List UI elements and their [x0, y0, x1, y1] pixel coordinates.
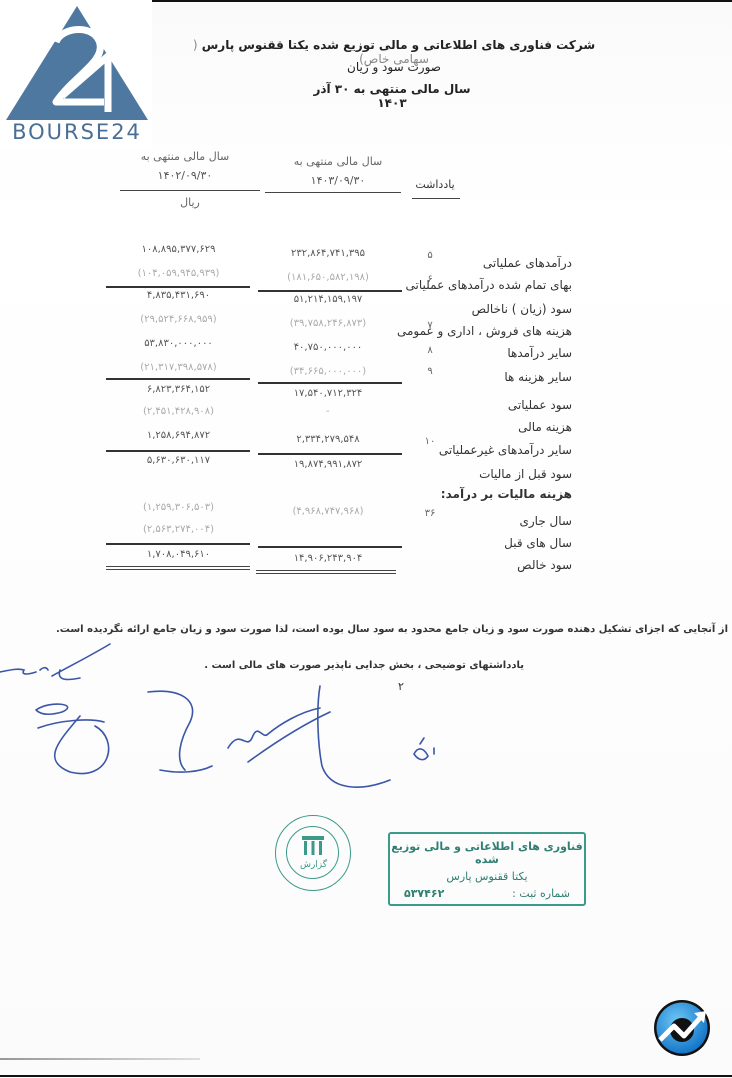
logo-text: BOURSE24 — [2, 120, 152, 144]
bottom-border — [0, 1075, 732, 1077]
row-note: ۳۶ — [410, 508, 450, 519]
stamp-line-1: فناوری های اطلاعاتی و مالی توزیع شده — [390, 840, 584, 866]
row-note: ۹ — [410, 366, 450, 377]
subtotal-rule-current — [258, 546, 402, 548]
row-label: درآمدهای عملیاتی — [483, 256, 572, 270]
row-previous: (۱,۲۵۹,۳۰۶,۵۰۳) — [106, 502, 251, 513]
row-previous-net-profit: ۱,۷۰۸,۰۴۹,۶۱۰ — [106, 549, 251, 560]
signatures-icon — [0, 630, 480, 800]
row-previous: ۱۰۸,۸۹۵,۳۷۷,۶۲۹ — [106, 244, 251, 255]
stamp-line-3: شماره ثبت : ۵۳۷۴۶۲ — [390, 887, 584, 900]
auditor-round-stamp: گزارش — [275, 815, 351, 891]
row-current: ۲۳۲,۸۶۴,۷۴۱,۳۹۵ — [258, 248, 398, 259]
row-previous: (۱۰۴,۰۵۹,۹۴۵,۹۳۹) — [106, 268, 251, 279]
statement-title: صورت سود و زیان — [324, 60, 464, 74]
row-label-tax-heading: هزینه مالیات بر درآمد: — [441, 487, 572, 501]
row-note: ۸ — [410, 345, 450, 356]
subtotal-rule-previous — [106, 286, 250, 288]
row-previous: ۱,۲۵۸,۶۹۴,۸۷۲ — [106, 430, 251, 441]
row-label: سایر درآمدهای غیرعملیاتی — [439, 443, 572, 457]
row-previous: ۶,۸۲۳,۳۶۴,۱۵۲ — [106, 384, 251, 395]
row-previous: (۲۹,۵۲۴,۶۶۸,۹۵۹) — [106, 314, 251, 325]
row-previous: (۲,۵۶۳,۲۷۴,۰۰۴) — [106, 524, 251, 535]
row-previous: ۵,۶۳۰,۶۳۰,۱۱۷ — [106, 455, 251, 466]
current-year-title: سال مالی منتهی به — [294, 155, 383, 168]
growth-chart-badge-icon — [652, 998, 712, 1058]
stamp-inner-ring: گزارش — [286, 826, 339, 879]
row-label: سال جاری — [519, 514, 572, 528]
stamp-line-2: یکتا ققنوس پارس — [390, 870, 584, 883]
subtotal-rule-previous — [106, 450, 250, 452]
total-double-rule-previous — [106, 566, 250, 570]
top-border — [152, 0, 732, 2]
total-double-rule-current — [256, 570, 396, 574]
row-current: (۴,۹۶۸,۷۴۷,۹۶۸) — [258, 506, 398, 517]
scan-shadow — [0, 1058, 200, 1060]
row-current: - — [258, 406, 398, 417]
row-previous: ۴,۸۳۵,۴۳۱,۶۹۰ — [106, 290, 251, 301]
row-current: (۳۴,۶۶۵,۰۰۰,۰۰۰) — [258, 366, 398, 377]
auditor-emblem-icon — [301, 835, 325, 857]
stamp-word: گزارش — [287, 860, 340, 870]
company-rect-stamp: فناوری های اطلاعاتی و مالی توزیع شده یکت… — [388, 832, 586, 906]
row-current: ۱۹,۸۷۴,۹۹۱,۸۷۲ — [258, 459, 398, 470]
header-rule-previous — [120, 190, 260, 191]
row-note: ۷ — [410, 320, 450, 331]
row-current: (۱۸۱,۶۵۰,۵۸۲,۱۹۸) — [258, 272, 398, 283]
row-current: ۱۷,۵۴۰,۷۱۲,۳۲۴ — [258, 388, 398, 399]
stamp-reg-number: ۵۳۷۴۶۲ — [404, 887, 444, 900]
triangle-24-icon — [4, 4, 150, 122]
row-label: هزینه مالی — [518, 420, 572, 434]
row-previous: (۲,۴۵۱,۴۲۸,۹۰۸) — [106, 406, 251, 417]
row-current: ۲,۳۳۴,۲۷۹,۵۴۸ — [258, 434, 398, 445]
subtotal-rule-current — [258, 453, 402, 455]
row-label: سایر هزینه ها — [504, 370, 572, 384]
row-label: سال های قبل — [504, 536, 572, 550]
subtotal-rule-current — [258, 382, 402, 384]
period-title: سال مالی منتهی به ۳۰ آذر ۱۴۰۳ — [302, 82, 482, 110]
row-note: ۱۰ — [410, 436, 450, 447]
document-page: BOURSE24 شرکت فناوری های اطلاعاتی و مالی… — [0, 0, 732, 1078]
row-label: سود (زیان ) ناخالص — [472, 302, 572, 316]
row-note: ۵ — [410, 250, 450, 261]
unit-label: ریال — [160, 196, 220, 209]
note-column-header: یادداشت — [410, 178, 460, 191]
row-label: سود قبل از مالیات — [479, 467, 572, 481]
row-label-net-profit: سود خالص — [517, 558, 572, 572]
row-current: (۳۹,۷۵۸,۲۴۶,۸۷۳) — [258, 318, 398, 329]
subtotal-rule-previous — [106, 543, 250, 545]
subtotal-rule-current — [258, 290, 402, 292]
current-year-date: ۱۴۰۳/۰۹/۳۰ — [268, 174, 408, 187]
row-current: ۴۰,۷۵۰,۰۰۰,۰۰۰ — [258, 342, 398, 353]
subtotal-rule-previous — [106, 378, 250, 380]
header-rule-note — [412, 198, 460, 199]
row-label: سایر درآمدها — [507, 346, 572, 360]
row-current-net-profit: ۱۴,۹۰۶,۲۴۳,۹۰۴ — [258, 553, 398, 564]
row-previous: (۲۱,۳۱۷,۳۹۸,۵۷۸) — [106, 362, 251, 373]
row-current: ۵۱,۲۱۴,۱۵۹,۱۹۷ — [258, 294, 398, 305]
bourse24-logo: BOURSE24 — [0, 0, 152, 150]
row-previous: ۵۳,۸۳۰,۰۰۰,۰۰۰ — [106, 338, 251, 349]
row-label: سود عملیاتی — [508, 398, 572, 412]
current-year-header: سال مالی منتهی به ۱۴۰۳/۰۹/۳۰ — [268, 155, 408, 187]
row-note: ۶ — [410, 274, 450, 285]
company-name-main: شرکت فناوری های اطلاعاتی و مالی توزیع شد… — [202, 38, 595, 52]
previous-year-date: ۱۴۰۲/۰۹/۳۰ — [110, 169, 260, 182]
previous-year-title: سال مالی منتهی به — [141, 150, 230, 163]
previous-year-header: سال مالی منتهی به ۱۴۰۲/۰۹/۳۰ — [110, 150, 260, 182]
stamp-reg-label: شماره ثبت : — [512, 887, 570, 900]
header-rule-current — [265, 192, 401, 193]
